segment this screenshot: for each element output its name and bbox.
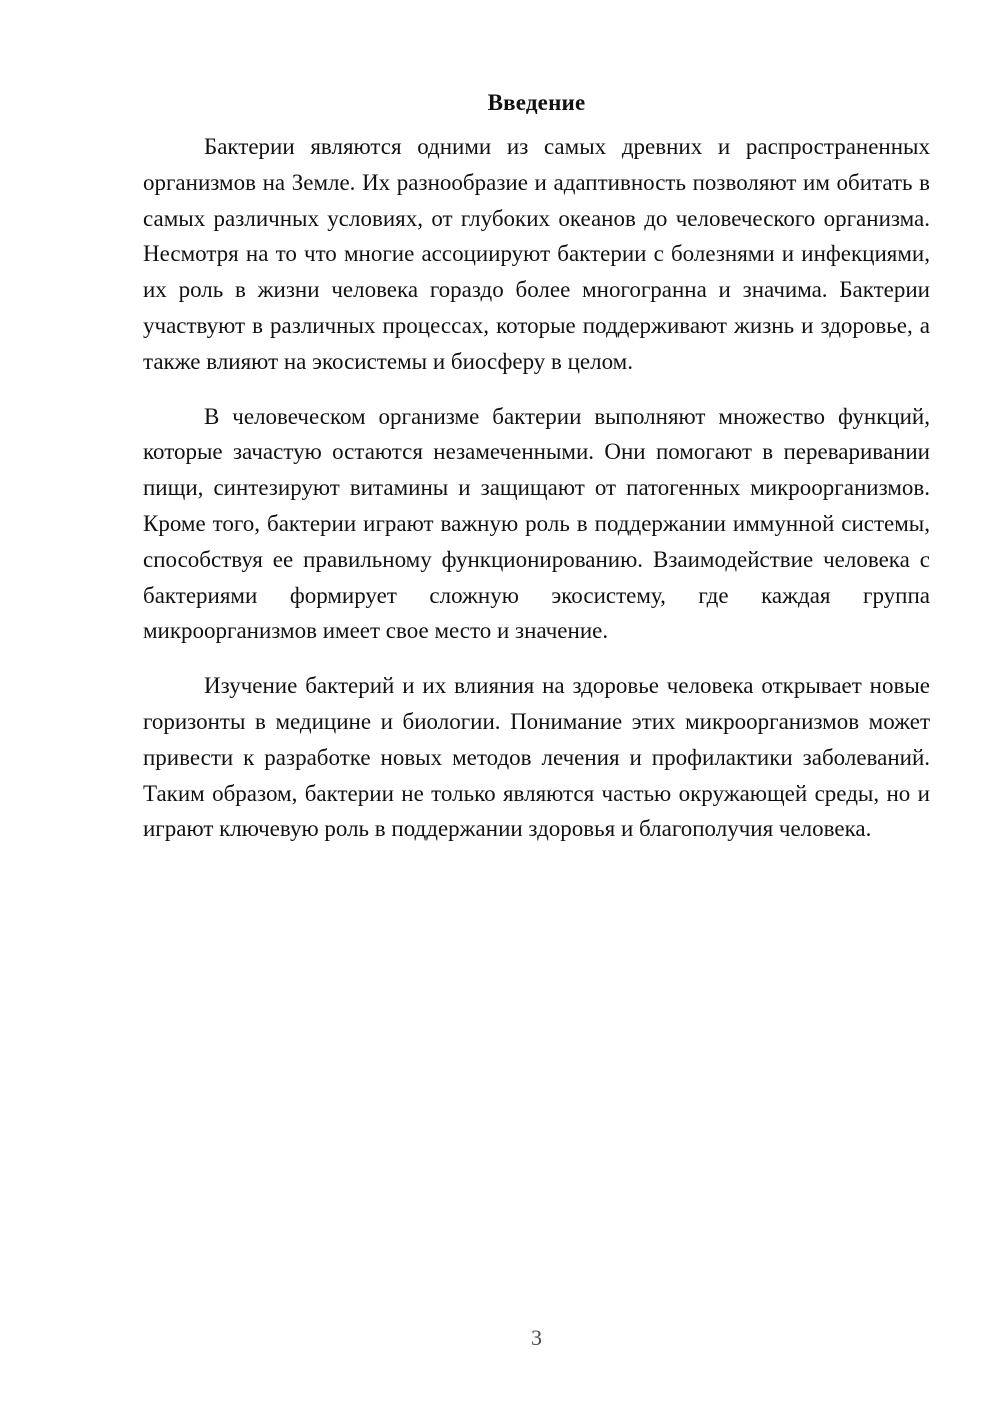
page-number: 3 bbox=[143, 1325, 930, 1351]
paragraph-3: Изучение бактерий и их влияния на здоров… bbox=[143, 668, 930, 847]
page-title: Введение bbox=[143, 90, 930, 116]
paragraph-2: В человеческом организме бактерии выполн… bbox=[143, 399, 930, 650]
document-page: Введение Бактерии являются одними из сам… bbox=[0, 0, 1000, 1414]
paragraph-1: Бактерии являются одними из самых древни… bbox=[143, 129, 930, 380]
